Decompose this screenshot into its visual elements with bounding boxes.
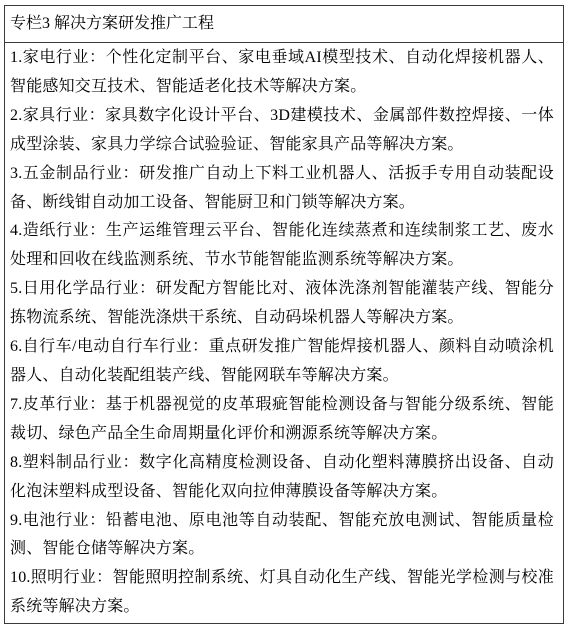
box-title: 专栏3 解决方案研发推广工程 <box>5 6 563 43</box>
industry-item-10: 10.照明行业：智能照明控制系统、灯具自动化生产线、智能光学检测与校准系统等解决… <box>10 564 554 622</box>
industry-item-5: 5.日用化学品行业：研发配方智能比对、液体洗涤剂智能灌装产线、智能分拣物流系统、… <box>10 275 554 333</box>
industry-item-4: 4.造纸行业：生产运维管理云平台、智能化连续蒸煮和连续制浆工艺、废水处理和回收在… <box>10 217 554 275</box>
industry-item-6: 6.自行车/电动自行车行业：重点研发推广智能焊接机器人、颜料自动喷涂机器人、自动… <box>10 333 554 391</box>
box-body: 1.家电行业：个性化定制平台、家电垂域AI模型技术、自动化焊接机器人、智能感知交… <box>5 43 563 623</box>
industry-item-1: 1.家电行业：个性化定制平台、家电垂域AI模型技术、自动化焊接机器人、智能感知交… <box>10 44 554 102</box>
special-column-table: 专栏3 解决方案研发推广工程 1.家电行业：个性化定制平台、家电垂域AI模型技术… <box>4 5 564 624</box>
industry-item-3: 3.五金制品行业：研发推广自动上下料工业机器人、活扳手专用自动装配设备、断线钳自… <box>10 160 554 218</box>
industry-item-2: 2.家具行业：家具数字化设计平台、3D建模技术、金属部件数控焊接、一体成型涂装、… <box>10 102 554 160</box>
industry-item-8: 8.塑料制品行业：数字化高精度检测设备、自动化塑料薄膜挤出设备、自动化泡沫塑料成… <box>10 449 554 507</box>
industry-item-9: 9.电池行业：铅蓄电池、原电池等自动装配、智能充放电测试、智能质量检测、智能仓储… <box>10 507 554 565</box>
industry-item-7: 7.皮革行业：基于机器视觉的皮革瑕疵智能检测设备与智能分级系统、智能裁切、绿色产… <box>10 391 554 449</box>
